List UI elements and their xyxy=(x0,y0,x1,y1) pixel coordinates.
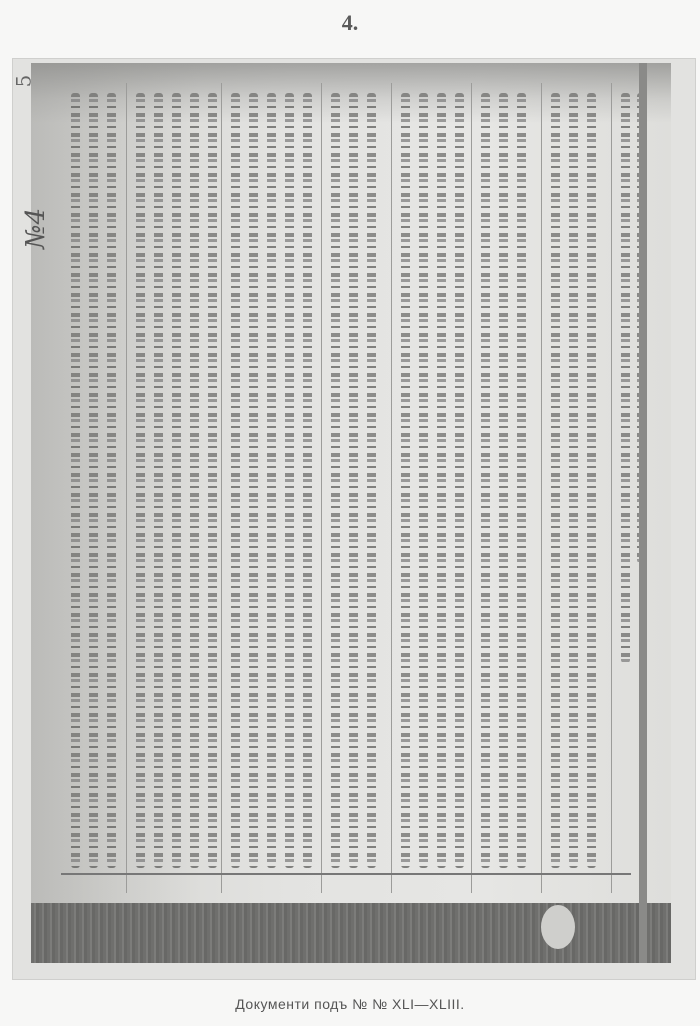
right-edge-shadow xyxy=(639,63,647,963)
handwritten-line xyxy=(551,93,560,868)
margin-annotation: №4 xyxy=(21,208,51,249)
handwritten-line xyxy=(499,93,508,868)
handwritten-line xyxy=(303,93,312,868)
handwritten-line xyxy=(190,93,199,868)
page-number: 4. xyxy=(0,10,700,36)
plate-caption: Документи подъ № № XLI—XLIII. xyxy=(0,996,700,1012)
manuscript-plate: 5 №4 xyxy=(12,58,696,980)
handwritten-line xyxy=(136,93,145,868)
handwritten-line xyxy=(367,93,376,868)
handwritten-line xyxy=(267,93,276,868)
column-rule xyxy=(541,83,542,893)
margin-mark: 5 xyxy=(11,75,35,88)
column-rule xyxy=(321,83,322,893)
handwritten-line xyxy=(455,93,464,868)
handwritten-line xyxy=(89,93,98,868)
damaged-spot xyxy=(541,905,575,949)
handwritten-line xyxy=(107,93,116,868)
handwritten-line xyxy=(208,93,217,868)
handwritten-line xyxy=(517,93,526,868)
column-rule xyxy=(471,83,472,893)
column-rule xyxy=(126,83,127,893)
handwritten-line xyxy=(249,93,258,868)
handwritten-line xyxy=(569,93,578,868)
handwritten-line xyxy=(154,93,163,868)
handwritten-line xyxy=(172,93,181,868)
bottom-rule xyxy=(61,873,631,875)
handwritten-line xyxy=(331,93,340,868)
column-rule xyxy=(221,83,222,893)
handwritten-line xyxy=(437,93,446,868)
handwritten-line xyxy=(285,93,294,868)
column-rule xyxy=(391,83,392,893)
handwritten-line xyxy=(231,93,240,868)
handwritten-line xyxy=(419,93,428,868)
handwritten-line xyxy=(349,93,358,868)
handwritten-line xyxy=(481,93,490,868)
handwritten-line xyxy=(401,93,410,868)
handwritten-line xyxy=(71,93,80,868)
manuscript-sheet xyxy=(31,63,671,963)
column-rule xyxy=(611,83,612,893)
folded-bottom-band xyxy=(31,903,671,963)
handwritten-line xyxy=(587,93,596,868)
handwritten-line xyxy=(621,93,630,663)
